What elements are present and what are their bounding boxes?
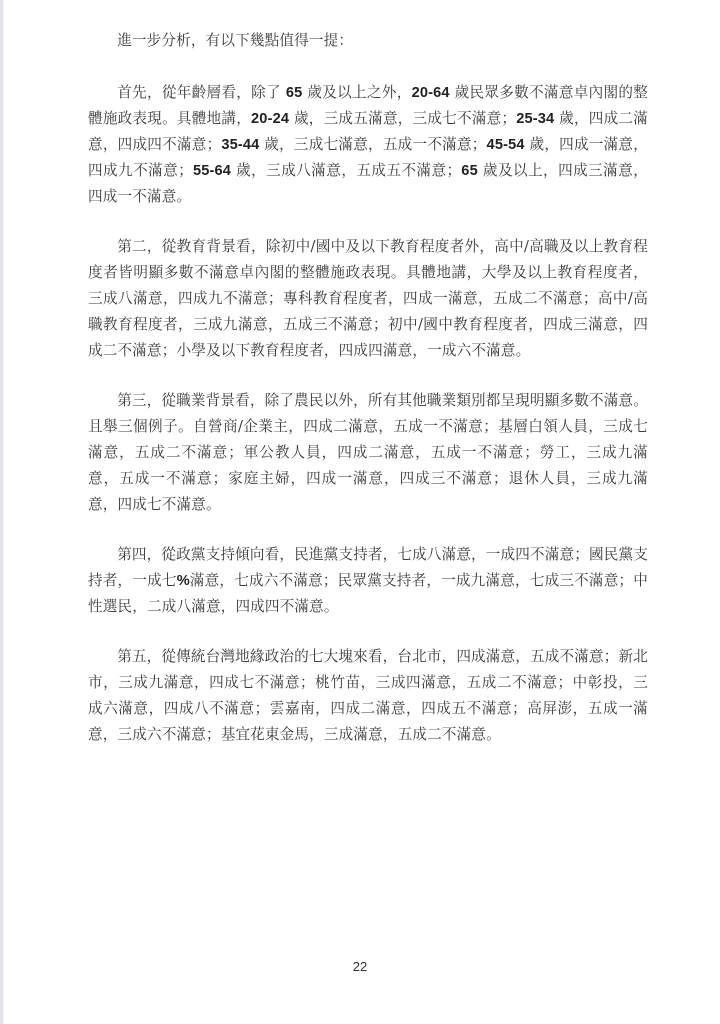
numeric-value: 25-34 [516,111,554,127]
numeric-value: 65 [286,85,303,101]
page-number: 22 [0,959,720,974]
paragraph-region: 第五，從傳統台灣地緣政治的七大塊來看，台北市，四成滿意，五成不滿意；新北市，三成… [88,644,648,748]
numeric-value: 55-64 [193,163,231,179]
paragraph-education: 第二，從教育背景看，除初中/國中及以下教育程度者外，高中/高職及以上教育程度者皆… [88,234,648,364]
document-body: 進一步分析，有以下幾點值得一提： 首先，從年齡層看，除了 65 歲及以上之外，2… [88,28,648,772]
numeric-value: 35-44 [221,137,259,153]
numeric-value: % [177,573,190,589]
numeric-value: 20-24 [251,111,289,127]
document-page: 進一步分析，有以下幾點值得一提： 首先，從年齡層看，除了 65 歲及以上之外，2… [0,0,720,1024]
paragraph-occupation: 第三，從職業背景看，除了農民以外，所有其他職業類別都呈現明顯多數不滿意。且舉三個… [88,388,648,518]
intro-paragraph: 進一步分析，有以下幾點值得一提： [88,28,648,54]
paragraph-party: 第四，從政黨支持傾向看，民進黨支持者，七成八滿意，一成四不滿意；國民黨支持者，一… [88,542,648,620]
numeric-value: 45-54 [487,137,525,153]
page-left-edge-highlight [3,0,4,1024]
numeric-value: 20-64 [412,85,450,101]
paragraph-age: 首先，從年齡層看，除了 65 歲及以上之外，20-64 歲民眾多數不滿意卓內閣的… [88,80,648,210]
numeric-value: 65 [461,163,478,179]
